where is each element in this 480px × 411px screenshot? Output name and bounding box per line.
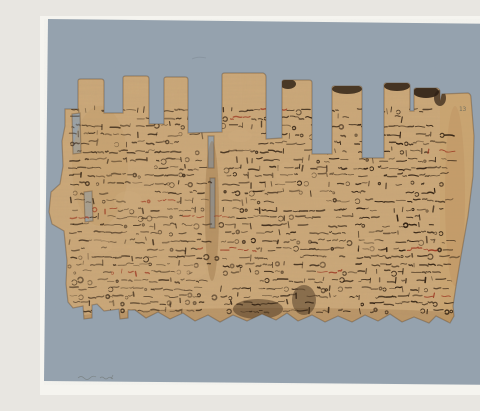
papyrus-photograph: 13 (40, 16, 480, 395)
pencil-mark-13: 13 (459, 106, 467, 113)
